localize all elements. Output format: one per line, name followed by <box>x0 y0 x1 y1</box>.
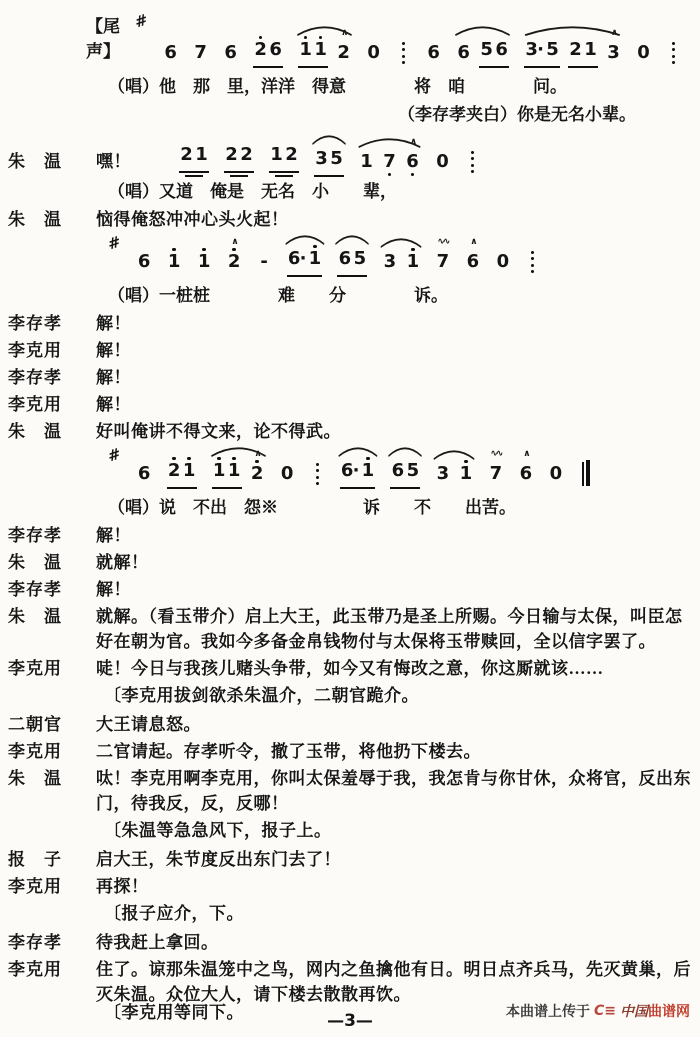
octave-dot-below <box>388 172 392 177</box>
note-number: 3 <box>525 40 538 60</box>
phrase: ∿∿7 <box>431 237 454 277</box>
augmentation-dot: · <box>300 252 307 266</box>
note-number: 2 <box>251 464 264 484</box>
note-number: 1 <box>407 252 420 272</box>
dialogue-row: 朱 温就解！ <box>8 550 692 575</box>
dialogue-text: 解！ <box>96 311 692 336</box>
note-group: 21 <box>167 446 197 489</box>
note-number: 3 <box>437 464 450 484</box>
note-number: 7 <box>194 43 207 63</box>
mordent-icon: ∿∿ <box>490 449 501 459</box>
dialogue-text: 解！ <box>96 338 692 363</box>
sanban-free-meter-icon: # <box>107 444 122 466</box>
note-group: ∧6 <box>518 449 533 489</box>
note-group: 1 <box>167 237 182 277</box>
dialogue-row: 李克用解！ <box>8 392 692 417</box>
lyric-line: （唱）一桩桩 难 分 诉。 <box>108 283 692 308</box>
phrase: 656 <box>452 25 513 68</box>
note-group-row: 0 <box>548 449 563 489</box>
note-group: ∿∿7 <box>488 449 503 489</box>
speaker-name: 朱 温 <box>8 207 96 232</box>
note: 1 <box>167 237 182 277</box>
octave-dot-below <box>411 172 415 177</box>
phrase <box>574 460 598 489</box>
note-group-row: - <box>257 237 272 277</box>
lyric-line: （唱）他 那 里，洋洋 得意 将 咱 问。 <box>108 74 692 99</box>
dialogue-row: 李存孝解！ <box>8 523 692 548</box>
aside-line: （李存孝夹白）你是无名小辈。 <box>398 102 692 127</box>
tie-arc-icon <box>284 234 326 245</box>
note: 0 <box>280 449 295 489</box>
phrase: 6·1 <box>336 446 380 489</box>
note-number: 0 <box>436 152 449 172</box>
note-number: 6 <box>288 249 301 269</box>
note-group: 0 <box>435 137 450 177</box>
note-number: 5 <box>480 40 493 60</box>
accent-mark-icon: ∧ <box>523 449 528 459</box>
note-number: 2 <box>168 461 181 481</box>
note-group-row <box>525 251 540 278</box>
phrase: ∧6 <box>514 449 537 489</box>
note-group-row: 1 <box>167 237 182 277</box>
speaker-name: 李存孝 <box>8 365 96 390</box>
repeat-dots-icon <box>471 151 474 174</box>
note-group-row: 26 <box>253 25 283 65</box>
note-number: 0 <box>550 464 563 484</box>
note-number: 2 <box>225 145 238 165</box>
phrase: 6 <box>422 28 445 68</box>
note-group-row <box>396 42 411 69</box>
note-group: 12 <box>269 130 299 177</box>
dialogue-row: 李存孝解！ <box>8 577 692 602</box>
music-row: #611∧2-6·16531∿∿7∧60 <box>108 234 692 277</box>
speaker-name: 李存孝 <box>8 523 96 548</box>
tie-arc-icon <box>311 134 347 145</box>
note: 0 <box>636 28 651 68</box>
phrase: 31 <box>431 449 477 489</box>
dialogue-text: 恼得俺怒冲冲心头火起！ <box>96 207 692 232</box>
note-number: 1 <box>168 252 181 272</box>
note: 0 <box>495 237 510 277</box>
note-group-row: 0 <box>636 28 651 68</box>
note-group-row: ∧2 <box>227 237 242 277</box>
note-number: 3 <box>315 149 328 169</box>
note-number: 6 <box>457 43 470 63</box>
note-number: 1 <box>360 152 373 172</box>
note: 2 <box>253 25 268 65</box>
beam-line <box>212 487 242 489</box>
phrase: 0 <box>431 137 454 177</box>
phrase: 65 <box>333 234 371 277</box>
phrase: 6 <box>133 237 156 277</box>
dialogue-text: 解！ <box>96 577 692 602</box>
dialogue-text: 就解。（看玉带介）启上大王，此玉带乃是圣上所赐。今日输与太保，叫臣怎好在朝为官。… <box>96 604 692 654</box>
note: ∿∿7 <box>435 237 450 277</box>
site-name-part2: 曲谱网 <box>648 1005 690 1020</box>
dialogue-text: 解！ <box>96 392 692 417</box>
note: 1 <box>194 130 209 170</box>
beam-line <box>167 487 197 489</box>
phrase: 0 <box>276 449 299 489</box>
speaker-name: 报 子 <box>8 847 96 872</box>
augmentation-dot: · <box>353 464 360 478</box>
note-group: 0 <box>495 237 510 277</box>
note-number: 6 <box>138 252 151 272</box>
music-row: 【尾声】#6762611∧2066563·521∧30 <box>86 12 692 68</box>
phrase <box>461 151 484 178</box>
note-number: 1 <box>213 461 226 481</box>
phrase: 6·1 <box>283 234 327 277</box>
speaker-name: 李克用 <box>8 656 96 681</box>
note-group-row: 0 <box>366 28 381 68</box>
note-number: 6 <box>138 464 151 484</box>
sanban-free-meter-icon: # <box>133 10 148 32</box>
dialogue-row: 李存孝解！ <box>8 365 692 390</box>
note-group: 0 <box>280 449 295 489</box>
dialogue-text: 就解！ <box>96 550 692 575</box>
phrase: 26 <box>249 25 287 68</box>
phrase: 6 <box>159 28 182 68</box>
tie-arc-icon <box>432 449 476 460</box>
note: ∧6 <box>518 449 533 489</box>
note: 1 <box>197 237 212 277</box>
speaker-name: 李存孝 <box>8 311 96 336</box>
music-line: 【尾声】#6762611∧2066563·521∧30 <box>86 12 692 68</box>
note-group: ∧2 <box>227 237 242 277</box>
note-number: 5 <box>330 149 343 169</box>
note-number: 6 <box>520 464 533 484</box>
dialogue-text: 解！ <box>96 523 692 548</box>
beam-line-2 <box>275 175 293 177</box>
tie-arc-icon <box>356 137 423 148</box>
accent-mark-icon: ∧ <box>470 237 475 247</box>
note: 2 <box>239 130 254 170</box>
note-number: 1 <box>270 145 283 165</box>
dialogue-text: 再探！ <box>96 874 692 899</box>
speaker-name: 李克用 <box>8 739 96 764</box>
note-number: 2 <box>569 40 582 60</box>
phrase: 21 <box>163 446 201 489</box>
speaker-name: 朱 温 <box>8 149 96 177</box>
beam-line <box>224 171 254 173</box>
note-group: 26 <box>253 25 283 68</box>
tie-arc-icon <box>295 25 354 36</box>
phrase: 11∧2 <box>294 25 355 68</box>
note-group-row: 21 <box>179 130 209 170</box>
watermark: 本曲谱上传于 C≡ 中国曲谱网 <box>506 1001 690 1021</box>
stage-direction: 〔李克用拔剑欲杀朱温介，二朝官跪介。 <box>104 683 692 708</box>
note-number: 2 <box>285 145 298 165</box>
note: 2 <box>179 130 194 170</box>
beam-line <box>314 175 344 177</box>
dialogue-row: 朱 温就解。（看玉带介）启上大王，此玉带乃是圣上所赐。今日输与太保，叫臣怎好在朝… <box>8 604 692 654</box>
note: 0 <box>435 137 450 177</box>
dialogue-text: 解！ <box>96 365 692 390</box>
dialogue-text: 嘿！ <box>96 149 131 177</box>
beam-line <box>179 171 209 173</box>
phrase: 31 <box>378 237 424 277</box>
note-number: 2 <box>228 252 241 272</box>
music-line: #611∧2-6·16531∿∿7∧60 <box>108 234 692 277</box>
note-number: 1 <box>460 464 473 484</box>
note-number: 6 <box>269 40 282 60</box>
note: 2 <box>224 130 239 170</box>
note: 6 <box>137 449 152 489</box>
note: 6 <box>223 28 238 68</box>
note: 2 <box>284 130 299 170</box>
note-number: 6 <box>406 152 419 172</box>
beam-line-2 <box>230 175 248 177</box>
note-number: 2 <box>240 145 253 165</box>
dialogue-row: 李存孝解！ <box>8 311 692 336</box>
dialogue-row: 李克用再探！ <box>8 874 692 899</box>
repeat-dots-icon <box>402 42 405 65</box>
note-number: 6 <box>341 461 354 481</box>
note-group <box>666 42 681 69</box>
dialogue-row: 报 子启大王，朱节度反出东门去了！ <box>8 847 692 872</box>
note-group: ∧6 <box>465 237 480 277</box>
note-group-row: 0 <box>435 137 450 177</box>
note-number: 2 <box>180 145 193 165</box>
beam-line <box>390 487 420 489</box>
phrase: 7 <box>189 28 212 68</box>
note-number: 1 <box>195 145 208 165</box>
note-group: 1 <box>197 237 212 277</box>
note-group-row <box>666 42 681 69</box>
note-number: 0 <box>637 43 650 63</box>
speaker-name: 朱 温 <box>8 604 96 654</box>
accent-mark-icon: ∧ <box>231 237 236 247</box>
augmentation-dot: · <box>537 43 544 57</box>
dialogue-text: 大王请息怒。 <box>96 712 692 737</box>
speaker-name: 李克用 <box>8 338 96 363</box>
phrase: 0 <box>632 28 655 68</box>
note-group: 0 <box>636 28 651 68</box>
note-group-row: 6 <box>223 28 238 68</box>
tie-arc-icon <box>387 446 423 457</box>
note-group-row: 6 <box>137 237 152 277</box>
dialogue-text: 呔！李克用啊李克用，你叫太保羞辱于我，我怎肯与你甘休，众将官，反出东门，待我反，… <box>96 766 692 816</box>
beam-line <box>287 275 323 277</box>
note-number: 0 <box>367 43 380 63</box>
dialogue-row: 李存孝待我赶上拿回。 <box>8 930 692 955</box>
site-logo-icon: C≡ <box>594 1003 616 1019</box>
note-group-row <box>578 460 594 489</box>
repeat-dots-icon <box>531 251 534 274</box>
note: 2 <box>167 446 182 486</box>
note-group: 22 <box>224 130 254 177</box>
note-group <box>578 460 594 489</box>
phrase: 1 <box>193 237 216 277</box>
dialogue-row: 朱 温嘿！2122123517∧60 <box>8 130 692 177</box>
music-line: #62111∧206·16531∿∿7∧60 <box>108 446 692 489</box>
dialogue-row: 李克用唗！今日与我孩儿赌头争带，如今又有悔改之意，你这厮就该…… <box>8 656 692 681</box>
dialogue-row: 李克用解！ <box>8 338 692 363</box>
note-group <box>310 463 325 490</box>
dialogue-row: 朱 温呔！李克用啊李克用，你叫太保羞辱于我，我怎肯与你甘休，众将官，反出东门，待… <box>8 766 692 816</box>
note-number: 6 <box>427 43 440 63</box>
dialogue-row: 李克用二官请起。存孝听令，撤了玉带，将他扔下楼去。 <box>8 739 692 764</box>
speaker-name: 李克用 <box>8 874 96 899</box>
phrase: ∧2 <box>223 237 246 277</box>
note-number: 0 <box>497 252 510 272</box>
dialogue-text: 启大王，朱节度反出东门去了！ <box>96 847 692 872</box>
beam-line <box>269 171 299 173</box>
note: ∿∿7 <box>488 449 503 489</box>
note-number: 3 <box>384 252 397 272</box>
beam-line <box>479 66 509 68</box>
stage-direction: 〔报子应介，下。 <box>104 901 692 926</box>
phrase: 11∧2 <box>208 446 269 489</box>
note-number: 3 <box>607 43 620 63</box>
beam-line <box>337 275 367 277</box>
phrase: 6 <box>219 28 242 68</box>
note: 6 <box>163 28 178 68</box>
stage-direction: 〔朱温等急急风下，报子上。 <box>104 818 692 843</box>
phrase: 6 <box>133 449 156 489</box>
speaker-name: 朱 温 <box>8 766 96 816</box>
note-number: - <box>260 252 267 272</box>
beam-line <box>524 66 560 68</box>
speaker-name: 李存孝 <box>8 930 96 955</box>
note-group: 6 <box>163 28 178 68</box>
note-group: 0 <box>548 449 563 489</box>
phrase: 17∧6 <box>355 137 424 177</box>
note-number: 1 <box>198 252 211 272</box>
note: 6 <box>268 25 283 65</box>
dialogue-row: 朱 温恼得俺怒冲冲心头火起！ <box>8 207 692 232</box>
note: ∧2 <box>227 237 242 277</box>
phrase: 12 <box>265 130 303 177</box>
dialogue-row: 朱 温好叫俺讲不得文来，论不得武。 <box>8 419 692 444</box>
note-group: - <box>257 237 272 277</box>
note-number: 7 <box>490 464 503 484</box>
phrase: 0 <box>362 28 385 68</box>
note-number: 6 <box>339 249 352 269</box>
beam-line <box>298 66 328 68</box>
tie-arc-icon <box>334 234 370 245</box>
note-number: 7 <box>383 152 396 172</box>
lyric-line: （唱）说 不出 怨※ 诉 不 出苦。 <box>108 495 692 520</box>
note-group: 7 <box>193 28 208 68</box>
dialogue-text: 待我赶上拿回。 <box>96 930 692 955</box>
phrase: 0 <box>544 449 567 489</box>
beam-line <box>253 66 283 68</box>
note-group-row: 22 <box>224 130 254 170</box>
phrase: - <box>253 237 276 277</box>
note-group-row: 0 <box>495 237 510 277</box>
phrase: 21 <box>175 130 213 177</box>
note-number: 2 <box>337 43 350 63</box>
score-body: 【尾声】#6762611∧2066563·521∧30（唱）他 那 里，洋洋 得… <box>0 12 700 1007</box>
beam-line-2 <box>185 175 203 177</box>
note-group <box>525 251 540 278</box>
sanban-free-meter-icon: # <box>107 232 122 254</box>
site-name: 中国曲谱网 <box>620 1001 690 1021</box>
note-group-row: ∿∿7 <box>435 237 450 277</box>
site-name-part1: 中国 <box>620 1005 648 1020</box>
phrase <box>306 463 329 490</box>
mordent-icon: ∿∿ <box>437 237 448 247</box>
beam-line <box>340 487 376 489</box>
phrase: 35 <box>310 134 348 177</box>
dialogue-text: 好叫俺讲不得文来，论不得武。 <box>96 419 692 444</box>
note-number: 6 <box>392 461 405 481</box>
note-group-row: 7 <box>193 28 208 68</box>
note-number: 5 <box>407 461 420 481</box>
tie-arc-icon <box>379 237 423 248</box>
note: 6 <box>426 28 441 68</box>
note-number: 6 <box>224 43 237 63</box>
dialogue-text: 二官请起。存孝听令，撤了玉带，将他扔下楼去。 <box>96 739 692 764</box>
phrase: 65 <box>386 446 424 489</box>
note-number: 6 <box>467 252 480 272</box>
note-group: 0 <box>366 28 381 68</box>
dialogue-row: 二朝官大王请息怒。 <box>8 712 692 737</box>
note-number: 7 <box>437 252 450 272</box>
music-line: 2122123517∧60 <box>175 130 491 177</box>
phrase: 0 <box>491 237 514 277</box>
note-number: 1 <box>362 461 375 481</box>
tie-arc-icon <box>337 446 379 457</box>
note: ∧6 <box>465 237 480 277</box>
note-number: 1 <box>183 461 196 481</box>
tie-arc-icon <box>521 25 624 36</box>
note-group-row <box>310 463 325 490</box>
note-group-row <box>465 151 480 178</box>
sheet-music-page: 【尾声】#6762611∧2066563·521∧30（唱）他 那 里，洋洋 得… <box>0 0 700 1037</box>
speaker-name: 李存孝 <box>8 577 96 602</box>
note: 0 <box>366 28 381 68</box>
final-barline-icon <box>582 460 590 486</box>
phrase: ∿∿7 <box>484 449 507 489</box>
note-number: 1 <box>309 249 322 269</box>
lyric-line: （唱）又道 俺是 无名 小 辈， <box>108 179 692 204</box>
dialogue-text: 唗！今日与我孩儿赌头争带，如今又有悔改之意，你这厮就该…… <box>96 656 692 681</box>
note: 1 <box>182 446 197 486</box>
note-number: 1 <box>228 461 241 481</box>
phrase <box>662 42 685 69</box>
note-number: 5 <box>354 249 367 269</box>
note: - <box>257 237 272 277</box>
speaker-name: 二朝官 <box>8 712 96 737</box>
section-label: 【尾声】 <box>86 12 125 62</box>
phrase: 3·521∧3 <box>520 25 625 68</box>
note-group-row: 1 <box>197 237 212 277</box>
speaker-name: 李克用 <box>8 392 96 417</box>
note: 0 <box>548 449 563 489</box>
note-group: 6 <box>426 28 441 68</box>
note-number: 1 <box>314 40 327 60</box>
repeat-dots-icon <box>316 463 319 486</box>
repeat-dots-icon <box>672 42 675 65</box>
note-group-row: 6 <box>163 28 178 68</box>
beam-line <box>568 66 598 68</box>
speaker-name: 朱 温 <box>8 550 96 575</box>
note-group <box>396 42 411 69</box>
music-row: #62111∧206·16531∿∿7∧60 <box>108 446 692 489</box>
note-number: 6 <box>164 43 177 63</box>
note-group-row: ∧6 <box>518 449 533 489</box>
speaker-name: 李克用 <box>8 957 96 1007</box>
note-number: 0 <box>281 464 294 484</box>
note-group: 6 <box>223 28 238 68</box>
note-group <box>465 151 480 178</box>
phrase <box>392 42 415 69</box>
tie-arc-icon <box>209 446 268 457</box>
page-footer: 〔李克用等同下。 —3— 本曲谱上传于 C≡ 中国曲谱网 <box>0 1001 700 1031</box>
note-group-row: ∧6 <box>465 237 480 277</box>
